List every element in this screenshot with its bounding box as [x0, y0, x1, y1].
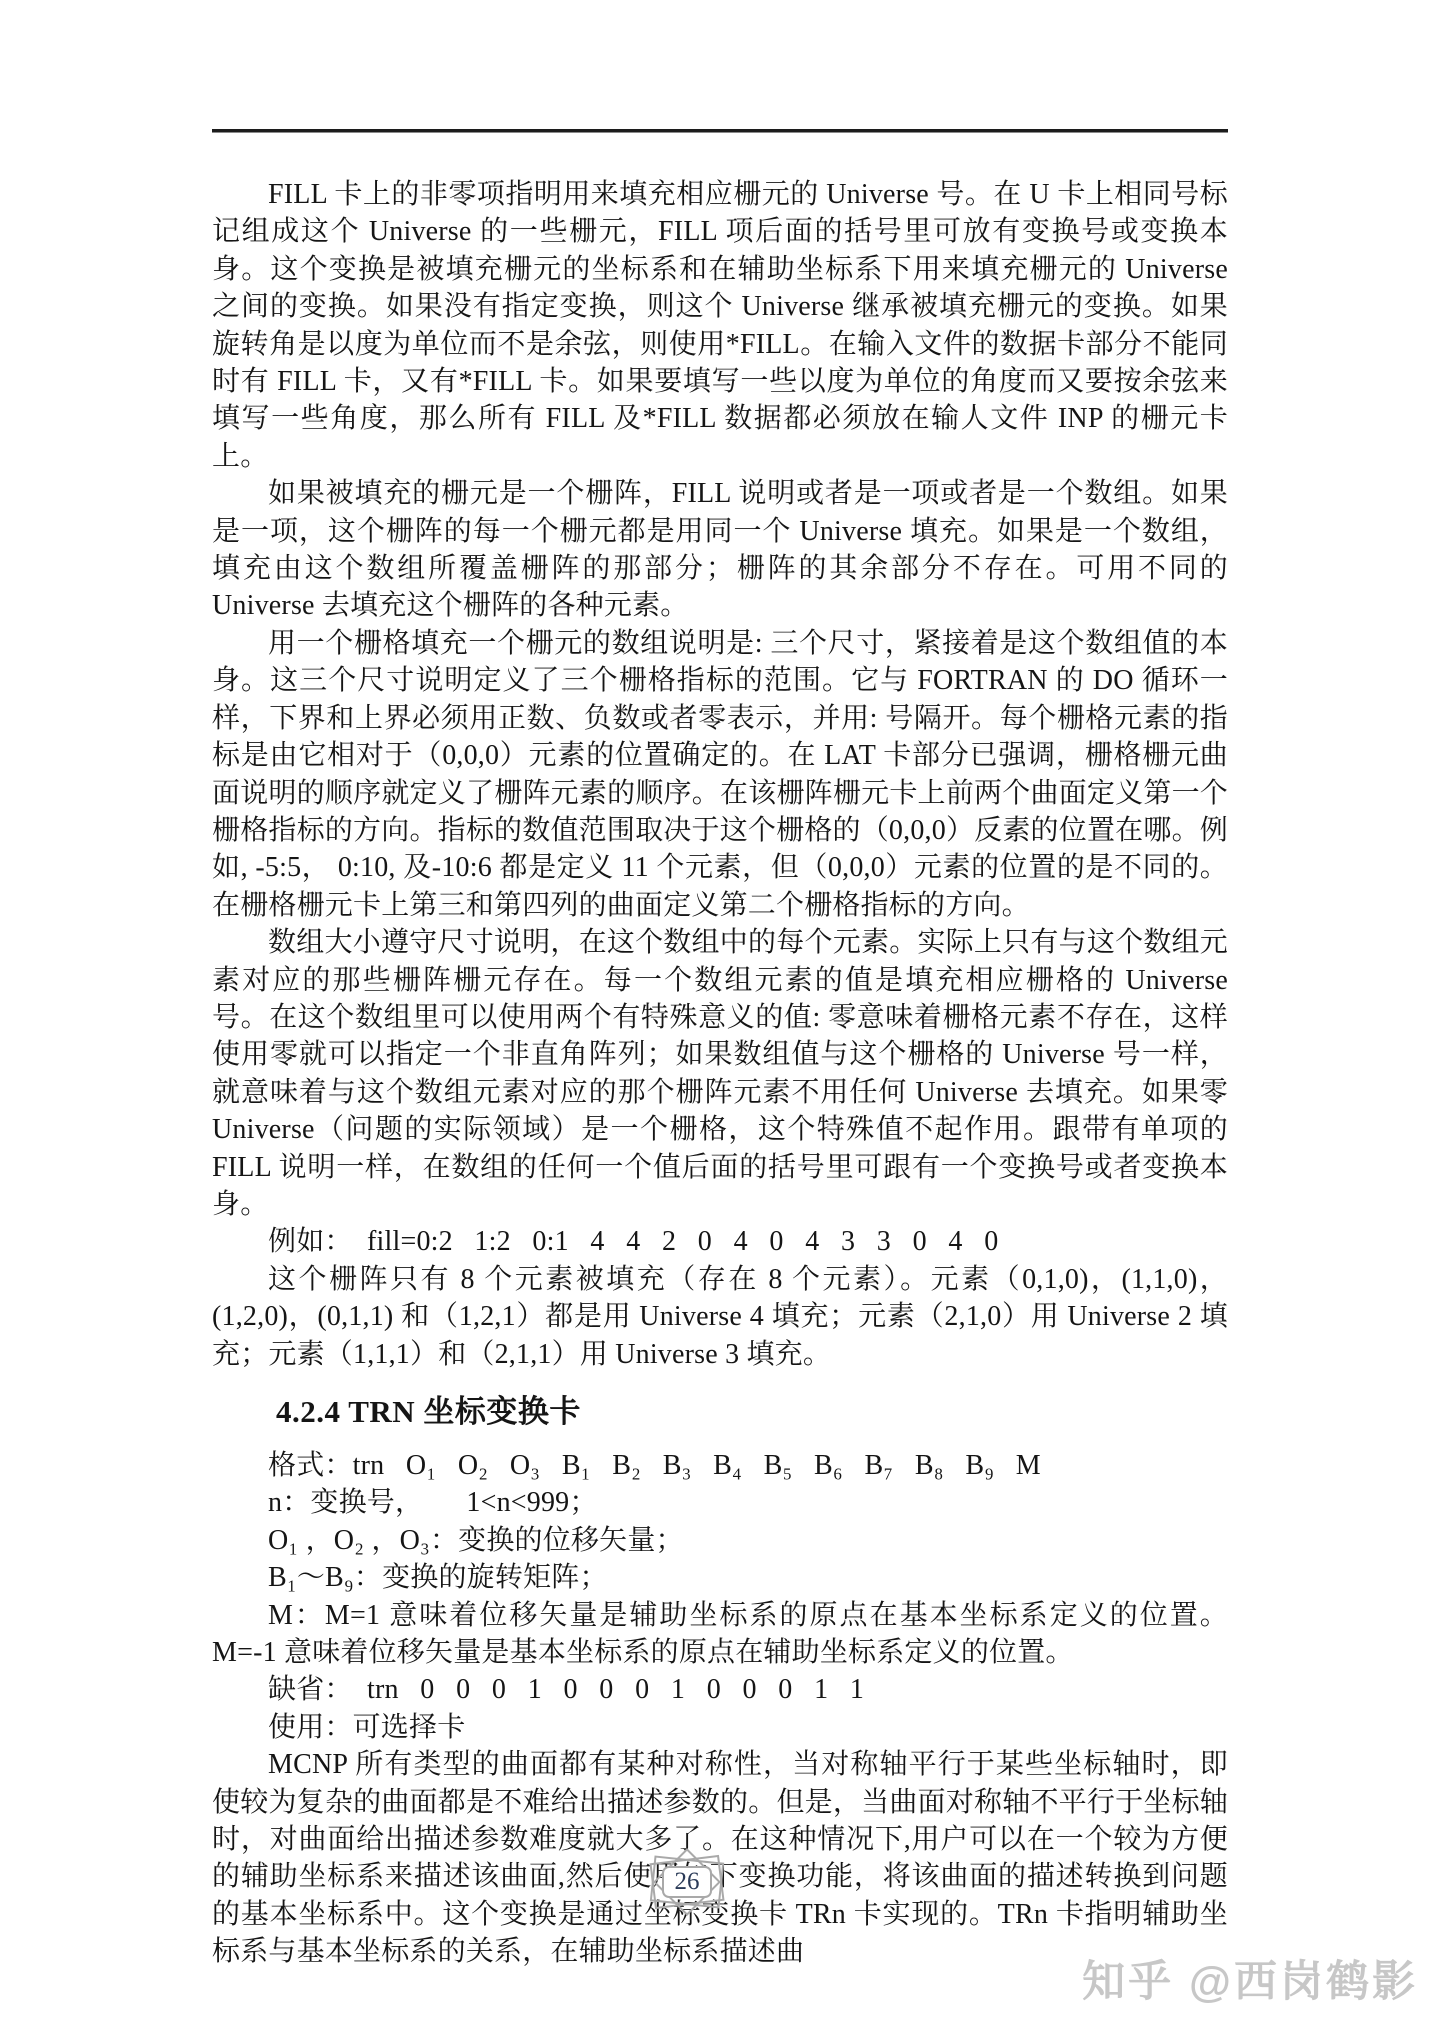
section-heading-trn-card: 4.2.4 TRN 坐标变换卡 — [276, 1391, 1228, 1433]
trn-o-definition: O₁ ，O₂ ，O₃：变换的位移矢量； — [212, 1522, 1228, 1559]
page-number-badge: 26 — [645, 1849, 729, 1915]
body-paragraph-array-spec: 用一个栅格填充一个栅元的数组说明是: 三个尺寸，紧接着是这个数组值的本身。这三个… — [212, 625, 1228, 924]
trn-n-definition: n：变换号， 1<n<999； — [212, 1484, 1228, 1521]
document-page: FILL 卡上的非零项指明用来填充相应栅元的 Universe 号。在 U 卡上… — [0, 0, 1440, 2037]
fill-example-line: 例如： fill=0:2 1:2 0:1 4 4 2 0 4 0 4 3 3 0… — [212, 1223, 1228, 1260]
watermark-text: 知乎 @西岗鹤影 — [1082, 1948, 1418, 2009]
page-body: FILL 卡上的非零项指明用来填充相应栅元的 Universe 号。在 U 卡上… — [212, 176, 1228, 1971]
trn-b-definition: B₁～B₉：变换的旋转矩阵； — [212, 1559, 1228, 1596]
header-rule — [212, 129, 1228, 133]
trn-format-line: 格式：trn O₁ O₂ O₃ B₁ B₂ B₃ B₄ B₅ B₆ B₇ B₈ … — [212, 1447, 1228, 1484]
body-paragraph-fill-intro: FILL 卡上的非零项指明用来填充相应栅元的 Universe 号。在 U 卡上… — [212, 176, 1228, 475]
body-paragraph-array-values: 数组大小遵守尺寸说明，在这个数组中的每个元素。实际上只有与这个数组元素对应的那些… — [212, 924, 1228, 1223]
trn-m-definition: M：M=1 意味着位移矢量是辅助坐标系的原点在基本坐标系定义的位置。M=-1 意… — [212, 1597, 1228, 1672]
trn-default-line: 缺省： trn 0 0 0 1 0 0 0 1 0 0 0 1 1 — [212, 1671, 1228, 1708]
body-paragraph-example-explanation: 这个栅阵只有 8 个元素被填充（存在 8 个元素）。元素（0,1,0)，(1,1… — [212, 1261, 1228, 1373]
trn-usage-line: 使用：可选择卡 — [212, 1709, 1228, 1746]
page-number: 26 — [662, 1866, 712, 1898]
body-paragraph-lattice-fill: 如果被填充的栅元是一个栅阵，FILL 说明或者是一项或者是一个数组。如果是一项，… — [212, 475, 1228, 625]
